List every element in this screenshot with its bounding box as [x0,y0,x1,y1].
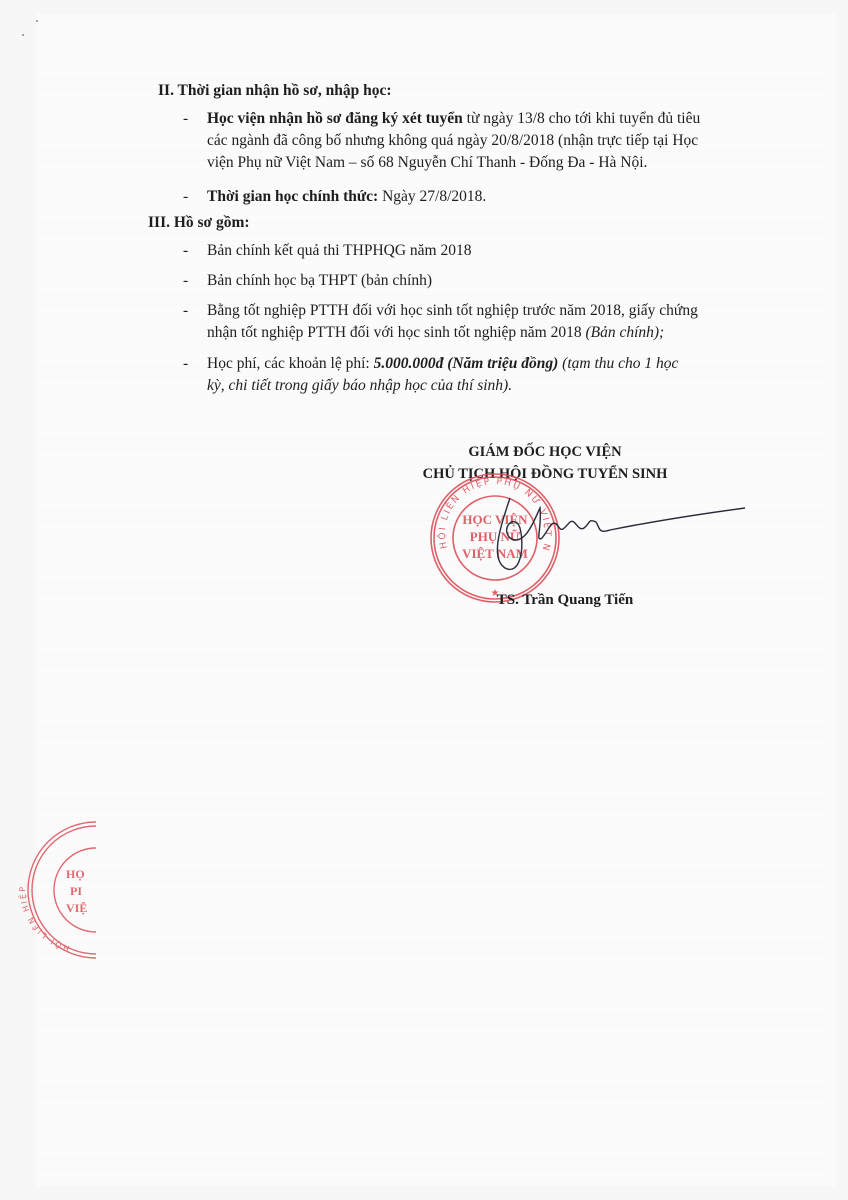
section-iii-item-2: Bản chính học bạ THPT (bản chính) [207,270,432,292]
svg-text:HỘI LIÊN HIỆP: HỘI LIÊN HIỆP [16,885,71,953]
section-iii-item-3-line-1: Bằng tốt nghiệp PTTH đối với học sinh tố… [207,300,698,322]
bullet-dash: - [183,240,188,262]
scan-speck [22,34,24,36]
section-ii-item-1-line-3: viện Phụ nữ Việt Nam – số 68 Nguyễn Chí … [207,152,647,174]
svg-text:PI: PI [70,884,82,898]
edge-stamp-partial: HỘI LIÊN HIỆP HỌ PI VIỆ [20,818,100,968]
section-iii-item-1: Bản chính kết quả thi THPHQG năm 2018 [207,240,471,262]
item-italic-note: (Bản chính); [585,324,664,341]
bullet-dash: - [183,300,188,322]
handwritten-signature [480,488,780,578]
item-bold-label: Thời gian học chính thức: [207,188,378,205]
fee-amount: 5.000.000đ (Năm triệu đồng) [374,355,559,372]
svg-text:HỌ: HỌ [66,867,85,881]
bullet-dash: - [183,270,188,292]
section-iii-item-4-line-2: kỳ, chi tiết trong giấy báo nhập học của… [207,375,512,397]
item-text: từ ngày 13/8 cho tới khi tuyển đủ tiêu [463,110,700,127]
signer-name: TS. Trần Quang Tiến [420,590,710,610]
item-text: nhận tốt nghiệp PTTH đối với học sinh tố… [207,324,585,341]
item-text: Học phí, các khoản lệ phí: [207,355,374,372]
item-bold-label: Học viện nhận hồ sơ đăng ký xét tuyển [207,110,463,127]
item-italic-note: (tạm thu cho 1 học [558,355,678,372]
svg-text:VIỆ: VIỆ [66,901,87,915]
section-iii-item-4-line-1: Học phí, các khoản lệ phí: 5.000.000đ (N… [207,353,678,375]
section-ii-item-1-line-2: các ngành đã công bố nhưng không quá ngà… [207,130,698,152]
scan-speck [36,20,38,22]
section-iii-heading: III. Hồ sơ gồm: [148,212,250,234]
bullet-dash: - [183,108,188,130]
section-ii-item-1-line-1: Học viện nhận hồ sơ đăng ký xét tuyển từ… [207,108,700,130]
item-text: Ngày 27/8/2018. [378,188,486,205]
section-iii-item-3-line-2: nhận tốt nghiệp PTTH đối với học sinh tố… [207,322,664,344]
bullet-dash: - [183,353,188,375]
signer-title-1: GIÁM ĐỐC HỌC VIỆN [400,442,690,462]
section-ii-heading: II. Thời gian nhận hồ sơ, nhập học: [158,80,392,102]
bullet-dash: - [183,186,188,208]
section-ii-item-2: Thời gian học chính thức: Ngày 27/8/2018… [207,186,486,208]
